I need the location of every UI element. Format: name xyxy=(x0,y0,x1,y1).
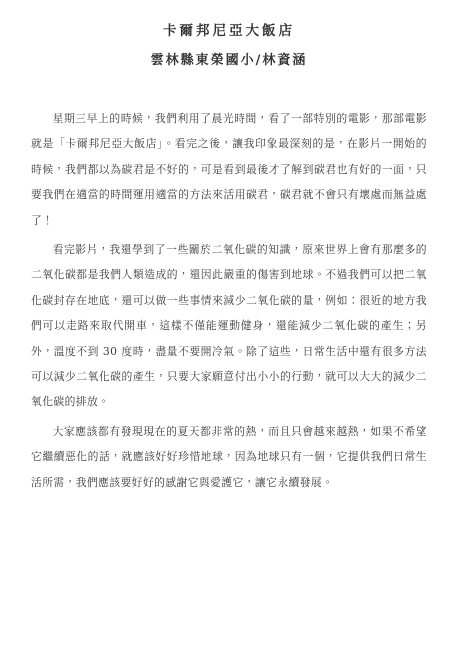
essay-title: 卡爾邦尼亞大飯店 xyxy=(31,20,427,42)
essay-byline: 雲林縣東榮國小/林資涵 xyxy=(31,50,427,72)
document-page: 卡爾邦尼亞大飯店 雲林縣東榮國小/林資涵 星期三早上的時候，我們利用了晨光時間，… xyxy=(0,0,458,648)
essay-paragraph-2: 看完影片，我還學到了一些關於二氧化碳的知識，原來世界上會有那麼多的二氧化碳都是我… xyxy=(31,237,427,415)
essay-body: 星期三早上的時候，我們利用了晨光時間，看了一部特別的電影，那部電影就是「卡爾邦尼… xyxy=(31,106,427,495)
essay-paragraph-1: 星期三早上的時候，我們利用了晨光時間，看了一部特別的電影，那部電影就是「卡爾邦尼… xyxy=(31,106,427,233)
essay-paragraph-3: 大家應該都有發現現在的夏天都非常的熱，而且只會越來越熱，如果不希望它繼續惡化的話… xyxy=(31,419,427,495)
